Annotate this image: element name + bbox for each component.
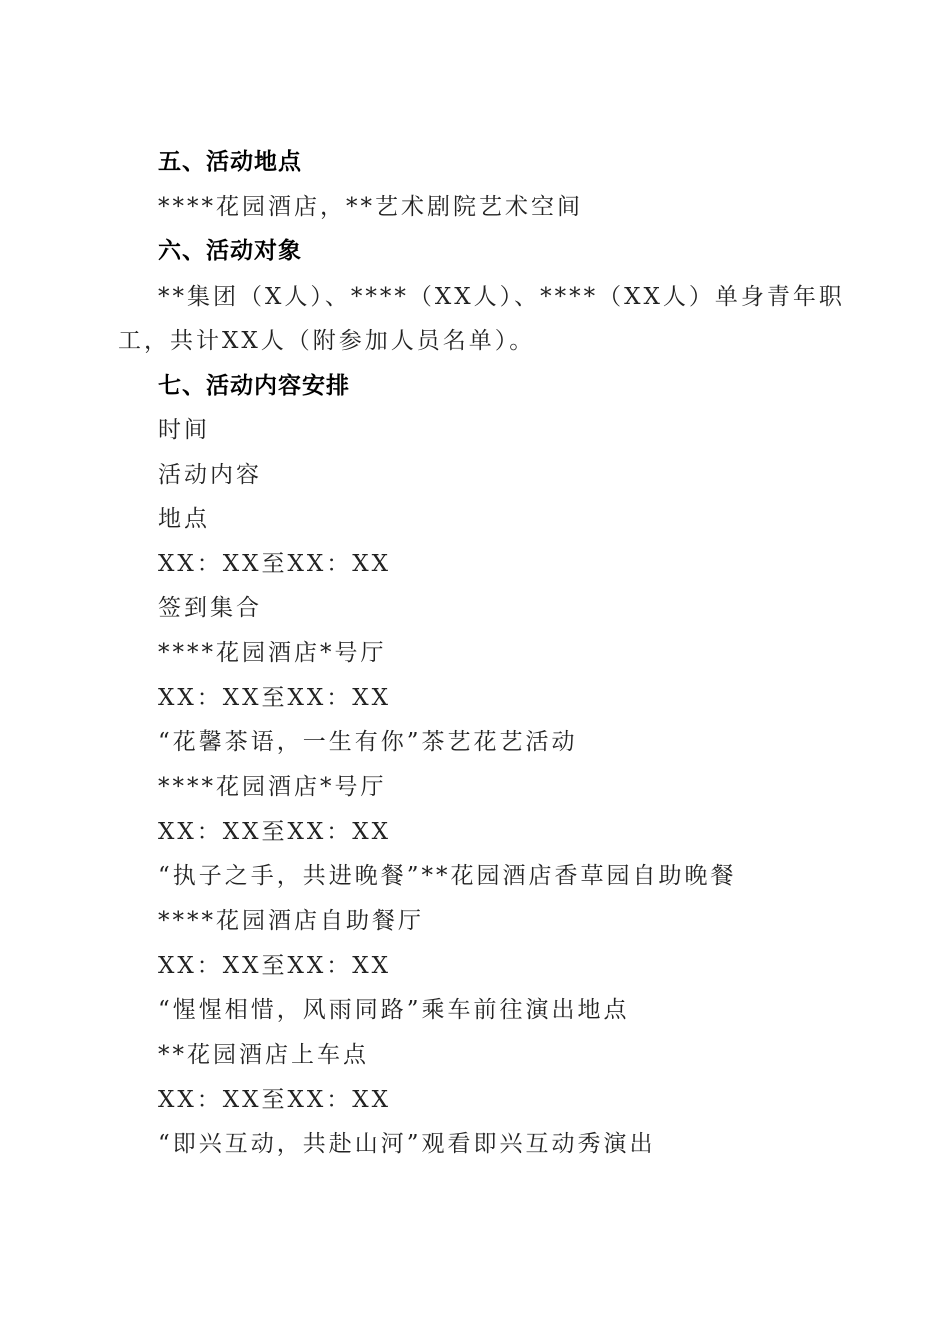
schedule-row-5-time: XX：XX至XX：XX	[158, 1085, 391, 1115]
schedule-row-3-time: XX：XX至XX：XX	[158, 817, 391, 847]
schedule-row-1-location: ****花园酒店*号厅	[158, 638, 387, 668]
schedule-row-1-content: 签到集合	[158, 593, 262, 623]
schedule-row-3-location: ****花园酒店自助餐厅	[158, 906, 424, 936]
section-heading-location: 五、活动地点	[158, 147, 302, 177]
schedule-row-2-content: “花馨茶语，一生有你”茶艺花艺活动	[158, 727, 578, 757]
schedule-header-content: 活动内容	[158, 460, 262, 490]
schedule-row-4-location: **花园酒店上车点	[158, 1040, 369, 1070]
schedule-header-time: 时间	[158, 415, 210, 445]
schedule-row-1-time: XX：XX至XX：XX	[158, 549, 391, 579]
schedule-row-4-time: XX：XX至XX：XX	[158, 951, 391, 981]
section-heading-participants: 六、活动对象	[158, 236, 302, 266]
participants-paragraph-line-1: **集团（X人）、****（XX人）、****（XX人）单身青年职	[158, 282, 845, 312]
schedule-header-location: 地点	[158, 504, 210, 534]
schedule-row-5-content: “即兴互动，共赴山河”观看即兴互动秀演出	[158, 1129, 656, 1159]
schedule-row-4-content: “惺惺相惜，风雨同路”乘车前往演出地点	[158, 995, 630, 1025]
participants-paragraph-line-2: 工，共计XX人（附参加人员名单）。	[118, 326, 535, 356]
schedule-row-3-content: “执子之手，共进晚餐”**花园酒店香草园自助晚餐	[158, 861, 737, 891]
document-page: 五、活动地点 ****花园酒店，**艺术剧院艺术空间 六、活动对象 **集团（X…	[0, 0, 950, 1344]
section-heading-schedule: 七、活动内容安排	[158, 371, 350, 401]
location-paragraph: ****花园酒店，**艺术剧院艺术空间	[158, 192, 583, 222]
schedule-row-2-location: ****花园酒店*号厅	[158, 772, 387, 802]
schedule-row-2-time: XX：XX至XX：XX	[158, 683, 391, 713]
